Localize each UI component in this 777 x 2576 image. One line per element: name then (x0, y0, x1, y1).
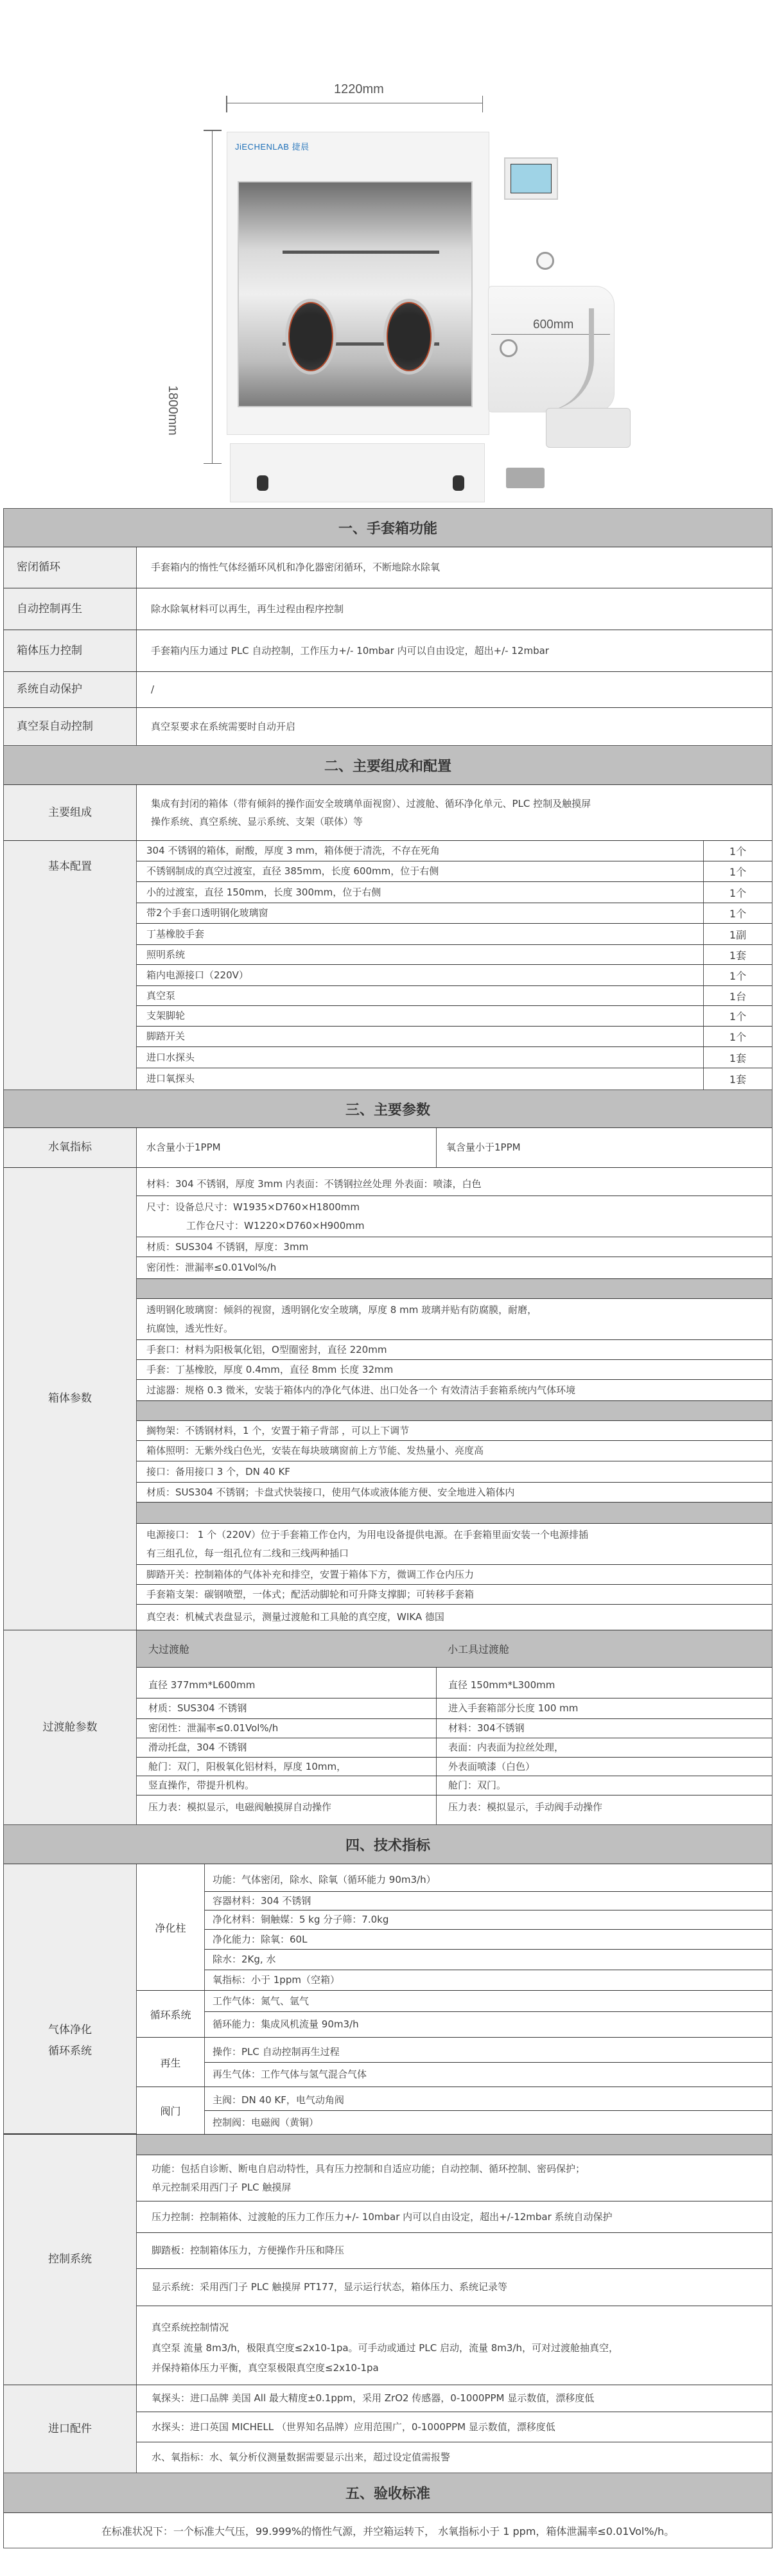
row-value: 手套箱内的惰性气体经循环风机和净化器密闭循环，不断地除水除氧 (137, 547, 772, 588)
large-chamber-spec: 压力表：模拟显示，电磁阀触摸屏自动操作 (137, 1795, 436, 1824)
param-texture: 材质：SUS304 不锈钢，厚度：3mm (137, 1237, 772, 1257)
large-chamber-spec: 舱门：双门，阳极氧化铝材料，厚度 10mm， (137, 1758, 436, 1776)
size-line: 尺寸：设备总尺寸：W1935×D760×H1800mm (146, 1198, 360, 1217)
param-vacuum-gauge: 真空表：机械式表盘显示，测量过渡舱和工具舱的真空度，WIKA 德国 (137, 1605, 772, 1630)
param-material: 材料：304 不锈钢，厚度 3mm 内表面：不锈钢拉丝处理 外表面：喷漆，白色 (137, 1168, 772, 1196)
row-label: 自动控制再生 (4, 588, 137, 630)
small-chamber-spec: 外表面喷漆（白色） (436, 1758, 772, 1776)
param-stand: 手套箱支架：碳钢喷塑，一体式；配活动脚轮和可升降支撑脚；可转移手套箱 (137, 1585, 772, 1605)
param-window: 透明钢化玻璃窗：倾斜的视窗，透明钢化安全玻璃，厚度 8 mm 玻璃并贴有防腐膜，… (137, 1299, 772, 1340)
regeneration-spec: 再生气体：工作气体与氢气混合气体 (205, 2063, 772, 2087)
power-line: 有三组孔位，每一组孔位有二线和三线两种插口 (146, 1544, 349, 1563)
row-label: 过渡舱参数 (4, 1630, 137, 1824)
config-qty: 1台 (703, 986, 772, 1006)
foot-pedal (506, 468, 545, 488)
param-ports: 接口：备用接口 3 个，DN 40 KF (137, 1461, 772, 1483)
purifier-spec: 功能：气体密闭，除水、除氧（循环能力 90m3/h） (205, 1864, 772, 1892)
section-title: 五、验收标准 (4, 2473, 772, 2513)
glove-port-left (285, 299, 336, 375)
spacer-bar (137, 2135, 772, 2155)
window-line: 抗腐蚀，透光性好。 (146, 1319, 233, 1338)
spacer-bar (137, 1503, 772, 1524)
small-chamber-spec: 舱门：双门。 (436, 1776, 772, 1795)
control-pressure: 压力控制：控制箱体、过渡舱的压力工作压力+/- 10mbar 内可以自由设定，超… (137, 2201, 772, 2233)
large-chamber-spec: 密闭性：泄漏率≤0.01Vol%/h (137, 1719, 436, 1738)
composition-line: 集成有封闭的箱体（带有倾斜的操作面安全玻璃单面视窗）、过渡舱、循环净化单元、PL… (151, 795, 591, 813)
section-title: 一、手套箱功能 (4, 508, 772, 547)
section-composition: 二、主要组成和配置 主要组成 集成有封闭的箱体（带有倾斜的操作面安全玻璃单面视窗… (3, 745, 773, 1090)
config-qty: 1副 (703, 924, 772, 945)
param-shelf: 搁物架：不锈钢材料，1 个，安置于箱子背部 ，可以上下调节 (137, 1421, 772, 1441)
small-chamber-spec: 直径 150mm*L300mm (436, 1668, 772, 1698)
param-seal: 密闭性：泄漏率≤0.01Vol%/h (137, 1257, 772, 1279)
row-value: 手套箱内压力通过 PLC 自动控制，工作压力+/- 10mbar 内可以自由设定… (137, 630, 772, 672)
function-line: 单元控制采用西门子 PLC 触摸屏 (152, 2178, 291, 2197)
param-filter: 过滤器：规格 0.3 微米，安装于箱体内的净化气体进、出口处各一个 有效清洁手套… (137, 1380, 772, 1401)
width-dimension-line (226, 103, 483, 103)
section-title: 二、主要组成和配置 (4, 745, 772, 785)
section-parameters: 三、主要参数 水氧指标 水含量小于1PPM 氧含量小于1PPM 箱体参数 材料：… (3, 1090, 773, 1824)
small-chamber-spec: 表面：内表面为拉丝处理， (436, 1738, 772, 1758)
antechamber-header: 大过渡舱 小工具过渡舱 (137, 1630, 772, 1668)
small-chamber-spec: 材料：304不锈钢 (436, 1719, 772, 1738)
valve-spec: 控制阀：电磁阀（黄铜） (205, 2111, 772, 2134)
config-item: 进口氧探头 (137, 1068, 703, 1090)
vacuum-pump (546, 408, 631, 448)
size-line: 工作仓尺寸：W1220×D760×H900mm (146, 1217, 364, 1235)
large-chamber-spec: 滑动托盘，304 不锈钢 (137, 1738, 436, 1758)
label-line: 气体净化 (48, 2020, 92, 2040)
power-line: 电源接口： 1 个（220V）位于手套箱工作仓内，为用电设备提供电源。在手套箱里… (146, 1526, 588, 1544)
pressure-gauge-icon (500, 339, 518, 357)
config-item: 丁基橡胶手套 (137, 924, 703, 945)
config-item: 真空泵 (137, 986, 703, 1006)
row-label: 主要组成 (4, 785, 137, 841)
glove-port-right (383, 299, 435, 375)
cabinet-base (230, 443, 485, 502)
section-functions: 一、手套箱功能 密闭循环 手套箱内的惰性气体经循环风机和净化器密闭循环，不断地除… (3, 508, 773, 745)
row-value: 除水除氧材料可以再生，再生过程由程序控制 (137, 588, 772, 630)
water-probe: 水探头：进口英国 MICHELL （世界知名品牌）应用范围广，0-1000PPM… (137, 2412, 772, 2442)
composition-value: 集成有封闭的箱体（带有倾斜的操作面安全玻璃单面视窗）、过渡舱、循环净化单元、PL… (137, 785, 772, 841)
config-item: 照明系统 (137, 945, 703, 965)
config-qty: 1套 (703, 1047, 772, 1068)
composition-line: 操作系统、真空系统、显示系统、支架（联体）等 (151, 813, 363, 831)
caster-wheel (453, 475, 464, 491)
brand-logo: JiECHENLAB 捷晨 (235, 140, 310, 152)
config-item: 304 不锈钢的箱体，耐酸，厚度 3 mm，箱体便于清洗，不存在死角 (137, 841, 703, 861)
param-power: 电源接口： 1 个（220V）位于手套箱工作仓内，为用电设备提供电源。在手套箱里… (137, 1524, 772, 1565)
row-label: 箱体压力控制 (4, 630, 137, 672)
large-chamber-spec: 竖直操作，带提升机构。 (137, 1776, 436, 1795)
height-dimension-line (212, 130, 213, 464)
acceptance-text: 在标准状况下：一个标准大气压，99.999%的惰性气源，并空箱运转下， 水氧指标… (4, 2513, 772, 2548)
small-chamber-spec: 压力表：模拟显示，手动阀手动操作 (436, 1795, 772, 1824)
regeneration-spec: 操作：PLC 自动控制再生过程 (205, 2038, 772, 2063)
caster-wheel (257, 475, 268, 491)
config-qty: 1个 (703, 841, 772, 861)
config-qty: 1个 (703, 861, 772, 882)
small-chamber-title: 小工具过渡舱 (448, 1641, 509, 1656)
sub-label: 阀门 (137, 2087, 205, 2134)
config-item: 脚踏开关 (137, 1027, 703, 1047)
param-lighting: 箱体照明：无紫外线白色光，安装在每块玻璃窗前上方节能、发热量小、亮度高 (137, 1441, 772, 1461)
param-glove-port: 手套口：材料为阳极氧化铝，O型圈密封，直径 220mm (137, 1340, 772, 1360)
config-qty: 1个 (703, 903, 772, 924)
section-title: 三、主要参数 (4, 1090, 772, 1128)
water-content: 水含量小于1PPM (137, 1128, 436, 1168)
sub-label: 再生 (137, 2038, 205, 2087)
row-label: 真空泵自动控制 (4, 708, 137, 745)
large-chamber-spec: 直径 377mm*L600mm (137, 1668, 436, 1698)
window-line: 透明钢化玻璃窗：倾斜的视窗，透明钢化安全玻璃，厚度 8 mm 玻璃并贴有防腐膜，… (146, 1301, 537, 1319)
config-item: 带2个手套口透明钢化玻璃窗 (137, 903, 703, 924)
sub-label: 循环系统 (137, 1991, 205, 2038)
vacuum-line: 并保持箱体压力平衡，真空泵极限真空度≤2x10-1pa (152, 2358, 379, 2379)
touch-screen (504, 157, 558, 200)
config-item: 支架脚轮 (137, 1006, 703, 1027)
row-label: 密闭循环 (4, 547, 137, 588)
width-dimension-label: 1220mm (334, 82, 384, 97)
circulation-spec: 工作气体：氮气、氩气 (205, 1991, 772, 2012)
row-label: 进口配件 (4, 2385, 137, 2473)
control-display: 显示系统：采用西门子 PLC 触摸屏 PT177，显示运行状态，箱体压力、系统记… (137, 2269, 772, 2306)
spacer-bar (137, 1279, 772, 1299)
param-glove: 手套：丁基橡胶，厚度 0.4mm，直径 8mm 长度 32mm (137, 1360, 772, 1380)
purifier-spec: 容器材料：304 不锈钢 (205, 1892, 772, 1910)
param-size: 尺寸：设备总尺寸：W1935×D760×H1800mm 工作仓尺寸：W1220×… (137, 1196, 772, 1237)
config-item: 不锈钢制成的真空过渡室，直径 385mm，长度 600mm，位于右侧 (137, 861, 703, 882)
config-item: 进口水探头 (137, 1047, 703, 1068)
row-label: 气体净化 循环系统 (4, 1864, 137, 2134)
antechamber-table: 大过渡舱 小工具过渡舱 直径 377mm*L600mm 直径 150mm*L30… (137, 1630, 772, 1824)
param-pedal: 脚踏开关：控制箱体的气体补充和排空，安置于箱体下方，微调工作仓内压力 (137, 1565, 772, 1585)
section-technical: 四、技术指标 气体净化 循环系统 净化柱 功能：气体密闭，除水、除氧（循环能力 … (3, 1824, 773, 2473)
function-line: 功能：包括自诊断、断电自启动特性，具有压力控制和自适应功能；自动控制、循环控制、… (152, 2160, 585, 2178)
row-label: 控制系统 (4, 2135, 137, 2385)
config-item: 小的过渡室，直径 150mm，长度 300mm，位于右侧 (137, 882, 703, 903)
config-qty: 1套 (703, 1068, 772, 1090)
water-oxygen-indicator: 水、氧指标：水、氧分析仪测量数据需要显示出来，超过设定值需报警 (137, 2442, 772, 2473)
oxygen-probe: 氧探头：进口品牌 美国 All 最大精度±0.1ppm，采用 ZrO2 传感器，… (137, 2385, 772, 2412)
label-line: 循环系统 (48, 2041, 92, 2061)
box-params-list: 材料：304 不锈钢，厚度 3mm 内表面：不锈钢拉丝处理 外表面：喷漆，白色 … (137, 1168, 772, 1630)
pressure-gauge-icon (536, 252, 554, 270)
vacuum-line: 真空泵 流量 8m3/h，极限真空度≤2x10-1pa。可手动或通过 PLC 启… (152, 2338, 618, 2359)
purifier-spec: 氧指标：小于 1ppm（空箱） (205, 1970, 772, 1991)
row-label: 基本配置 (4, 841, 137, 1090)
glovebox-window (238, 181, 473, 407)
shelf (283, 251, 439, 254)
config-qty: 1个 (703, 965, 772, 986)
large-chamber-spec: 材质：SUS304 不锈钢 (137, 1698, 436, 1719)
row-label: 系统自动保护 (4, 672, 137, 708)
vacuum-title: 真空系统控制情况 (152, 2318, 229, 2338)
purifier-spec: 净化材料：铜触媒：5 kg 分子筛：7.0kg (205, 1910, 772, 1930)
control-vacuum: 真空系统控制情况 真空泵 流量 8m3/h，极限真空度≤2x10-1pa。可手动… (137, 2306, 772, 2385)
config-item: 箱内电源接口（220V） (137, 965, 703, 986)
large-chamber-title: 大过渡舱 (148, 1641, 189, 1656)
sub-label: 净化柱 (137, 1864, 205, 1991)
purifier-spec: 净化能力：除氧：60L (205, 1930, 772, 1950)
row-label: 箱体参数 (4, 1168, 137, 1630)
config-qty: 1套 (703, 945, 772, 965)
row-value: 真空泵要求在系统需要时自动开启 (137, 708, 772, 745)
control-pedal: 脚踏板：控制箱体压力，方便操作升压和降压 (137, 2233, 772, 2269)
valve-spec: 主阀：DN 40 KF，电气动角阀 (205, 2087, 772, 2111)
config-qty: 1个 (703, 882, 772, 903)
section-title: 四、技术指标 (4, 1824, 772, 1864)
spacer-bar (137, 1401, 772, 1421)
control-function: 功能：包括自诊断、断电自启动特性，具有压力控制和自适应功能；自动控制、循环控制、… (137, 2155, 772, 2201)
row-value: / (137, 672, 772, 708)
basic-config-list: 304 不锈钢的箱体，耐酸，厚度 3 mm，箱体便于清洗，不存在死角 1个 不锈… (137, 841, 772, 1090)
config-qty: 1个 (703, 1006, 772, 1027)
oxygen-content: 氧含量小于1PPM (436, 1128, 772, 1168)
height-dimension-label: 1800mm (165, 385, 180, 436)
config-qty: 1个 (703, 1027, 772, 1047)
purifier-spec: 除水：2Kg, 水 (205, 1950, 772, 1970)
section-acceptance: 五、验收标准 在标准状况下：一个标准大气压，99.999%的惰性气源，并空箱运转… (3, 2473, 773, 2548)
product-photo: 1220mm 1800mm JiECHENLAB 捷晨 600mm (0, 0, 777, 501)
param-port-material: 材质：SUS304 不锈钢；卡盘式快装接口，使用气体或液体能方便、安全地进入箱体… (137, 1483, 772, 1503)
row-label: 水氧指标 (4, 1128, 137, 1168)
small-chamber-spec: 进入手套箱部分长度 100 mm (436, 1698, 772, 1719)
circulation-spec: 循环能力：集成风机流量 90m3/h (205, 2012, 772, 2038)
